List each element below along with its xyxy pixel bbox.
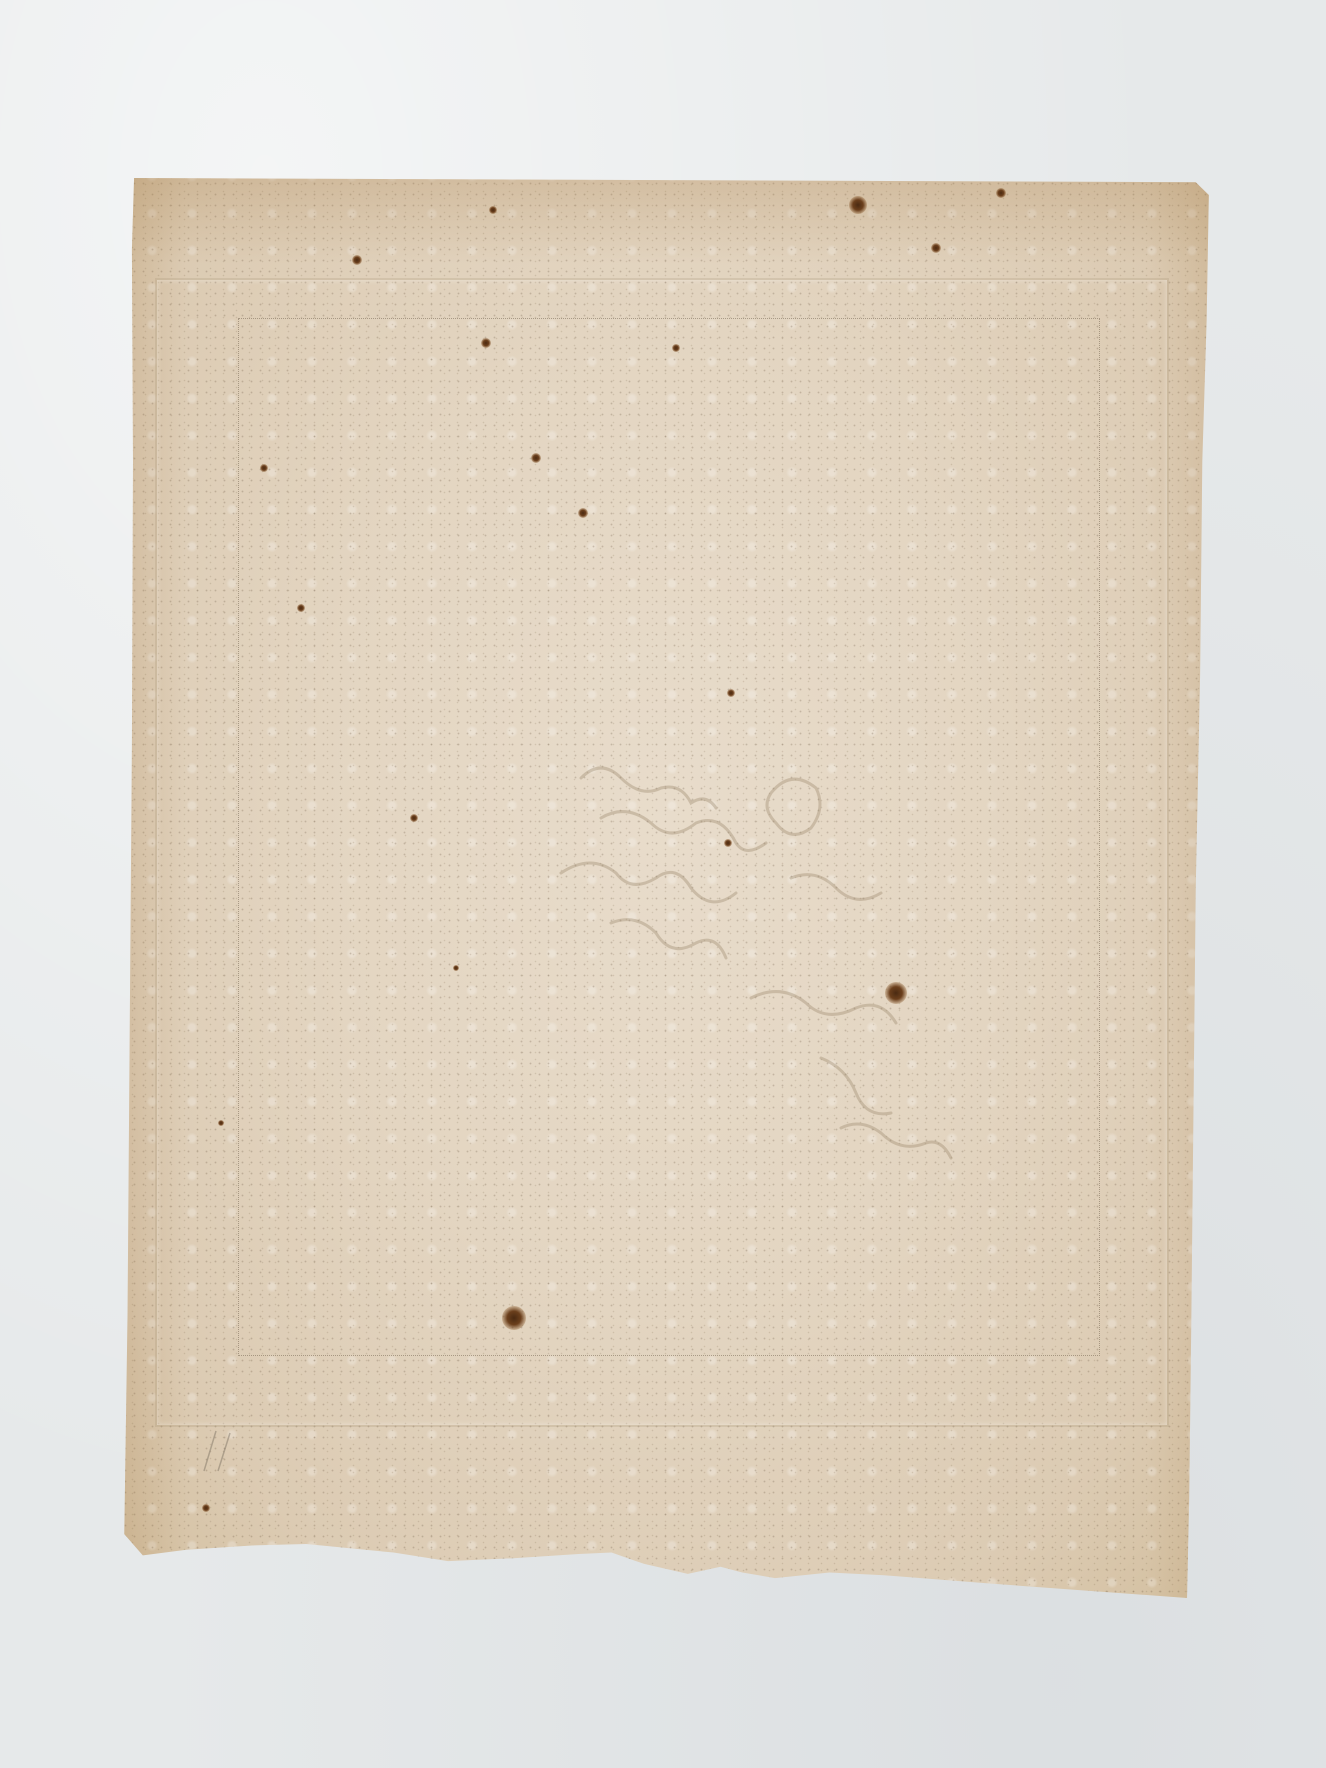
foxing-spot xyxy=(578,508,588,518)
antique-paper-sheet xyxy=(121,178,1211,1598)
foxing-spot xyxy=(453,965,459,971)
foxing-spot xyxy=(996,188,1006,198)
foxing-spot xyxy=(531,453,541,463)
map-coastline-show-through xyxy=(541,698,1061,1258)
foxing-spot xyxy=(849,196,867,214)
pencil-mark xyxy=(196,1423,236,1473)
foxing-spot xyxy=(202,1504,210,1512)
foxing-spot xyxy=(724,839,732,847)
foxing-spot xyxy=(260,464,268,472)
foxing-spot xyxy=(885,982,907,1004)
foxing-spot xyxy=(727,689,735,697)
foxing-spot xyxy=(218,1120,224,1126)
foxing-spot xyxy=(481,338,491,348)
foxing-spot xyxy=(297,604,305,612)
foxing-spot xyxy=(489,206,497,214)
foxing-spot xyxy=(410,814,418,822)
foxing-spot xyxy=(352,255,362,265)
foxing-spot xyxy=(931,243,941,253)
foxing-spot xyxy=(672,344,680,352)
foxing-spot xyxy=(502,1306,526,1330)
